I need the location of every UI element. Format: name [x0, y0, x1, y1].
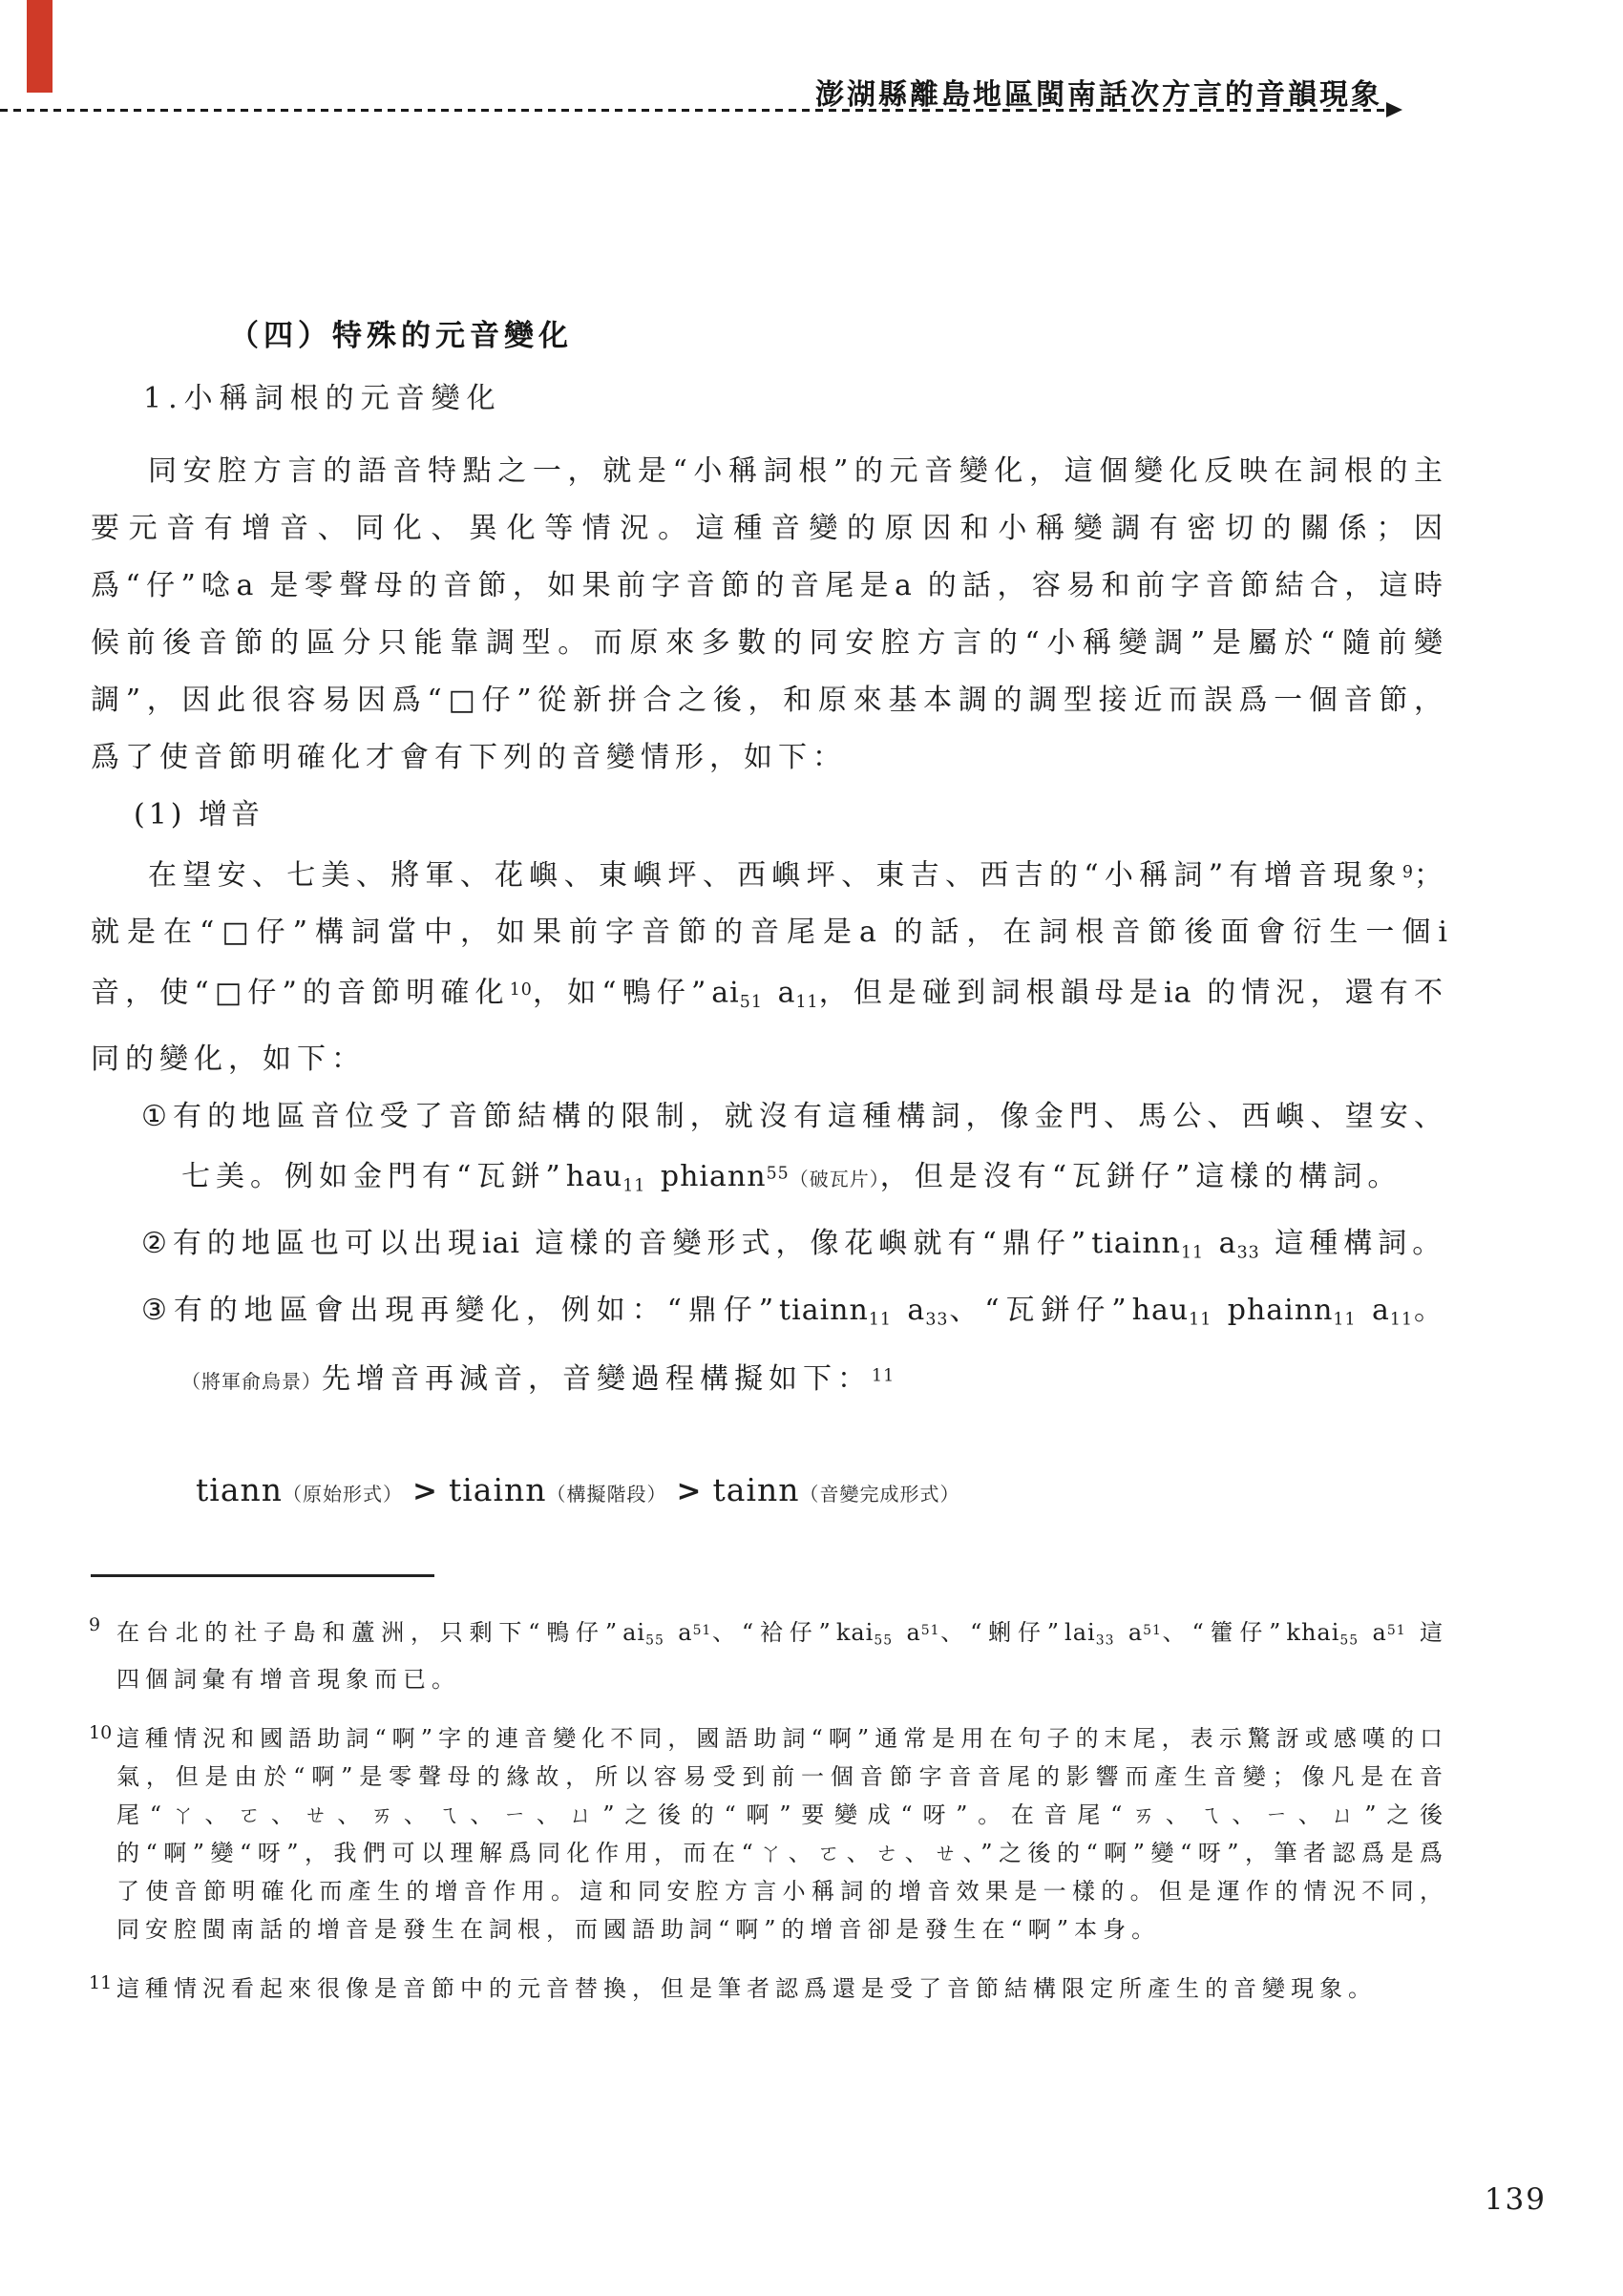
footnote-marker: 10	[89, 1714, 112, 1752]
footnote: 11這種情況看起來很像是音節中的元音替換，但是筆者認爲還是受了音節結構限定所產生…	[91, 1970, 1448, 2008]
paragraph-1: 同安腔方言的語音特點之一，就是“小稱詞根”的元音變化，這個變化反映在詞根的主要元…	[91, 443, 1448, 787]
list-marker: ③	[141, 1294, 168, 1327]
footnote-separator	[91, 1574, 434, 1577]
header-title: 澎湖縣離島地區閩南話次方言的音韻現象	[0, 71, 1382, 113]
footnote-text: 在台北的社子島和蘆洲，只剩下“鴨仔”ai55 a51、“袷仔”kai55 a51…	[116, 1619, 1448, 1692]
list-item-text: 有的地區音位受了音節結構的限制，就沒有這種構詞，像金門、馬公、西嶼、望安、七美。…	[173, 1100, 1448, 1193]
enum-heading: (1) 增音	[134, 787, 1448, 844]
arrow-right-icon	[1386, 102, 1402, 117]
header-rule	[0, 109, 1386, 112]
footnote-text: 這種情況和國語助詞“啊”字的連音變化不同，國語助詞“啊”通常是用在句子的末尾，表…	[116, 1725, 1448, 1943]
sound-change-formula: tiann（原始形式）>tiainn（構擬階段）>tainn（音變完成形式）	[196, 1467, 1448, 1517]
page: 澎湖縣離島地區閩南話次方言的音韻現象 （四）特殊的元音變化 1.小稱詞根的元音變…	[0, 0, 1623, 2296]
page-number: 139	[1485, 2182, 1547, 2217]
list-item: ①有的地區音位受了音節結構的限制，就沒有這種構詞，像金門、馬公、西嶼、望安、七美…	[91, 1088, 1448, 1215]
section-heading: （四）特殊的元音變化	[229, 317, 1448, 355]
footnote-marker: 9	[89, 1606, 100, 1644]
list-item: ③有的地區會出現再變化，例如：“鼎仔”tiainn11 a33、“瓦鉼仔”hau…	[91, 1282, 1448, 1411]
footnote-text: 這種情況看起來很像是音節中的元音替換，但是筆者認爲還是受了音節結構限定所產生的音…	[116, 1975, 1377, 2002]
footnote: 9在台北的社子島和蘆洲，只剩下“鴨仔”ai55 a51、“袷仔”kai55 a5…	[91, 1611, 1448, 1697]
footnote: 10這種情況和國語助詞“啊”字的連音變化不同，國語助詞“啊”通常是用在句子的末尾…	[91, 1719, 1448, 1948]
list-item: ②有的地區也可以出現iai 這樣的音變形式，像花嶼就有“鼎仔”tiainn11 …	[91, 1215, 1448, 1282]
list-item-text: 有的地區也可以出現iai 這樣的音變形式，像花嶼就有“鼎仔”tiainn11 a…	[173, 1227, 1446, 1260]
list-marker: ②	[141, 1227, 167, 1260]
sub-heading: 1.小稱詞根的元音變化	[143, 381, 1448, 417]
list-item-text: 有的地區會出現再變化，例如：“鼎仔”tiainn11 a33、“瓦鉼仔”hau1…	[174, 1294, 1448, 1397]
footnote-marker: 11	[89, 1964, 112, 2002]
content: （四）特殊的元音變化 1.小稱詞根的元音變化 同安腔方言的語音特點之一，就是“小…	[91, 310, 1448, 2008]
paragraph-2: 在望安、七美、將軍、花嶼、東嶼坪、西嶼坪、東吉、西吉的“小稱詞”有增音現象9；就…	[91, 844, 1448, 1088]
list-marker: ①	[141, 1100, 167, 1133]
